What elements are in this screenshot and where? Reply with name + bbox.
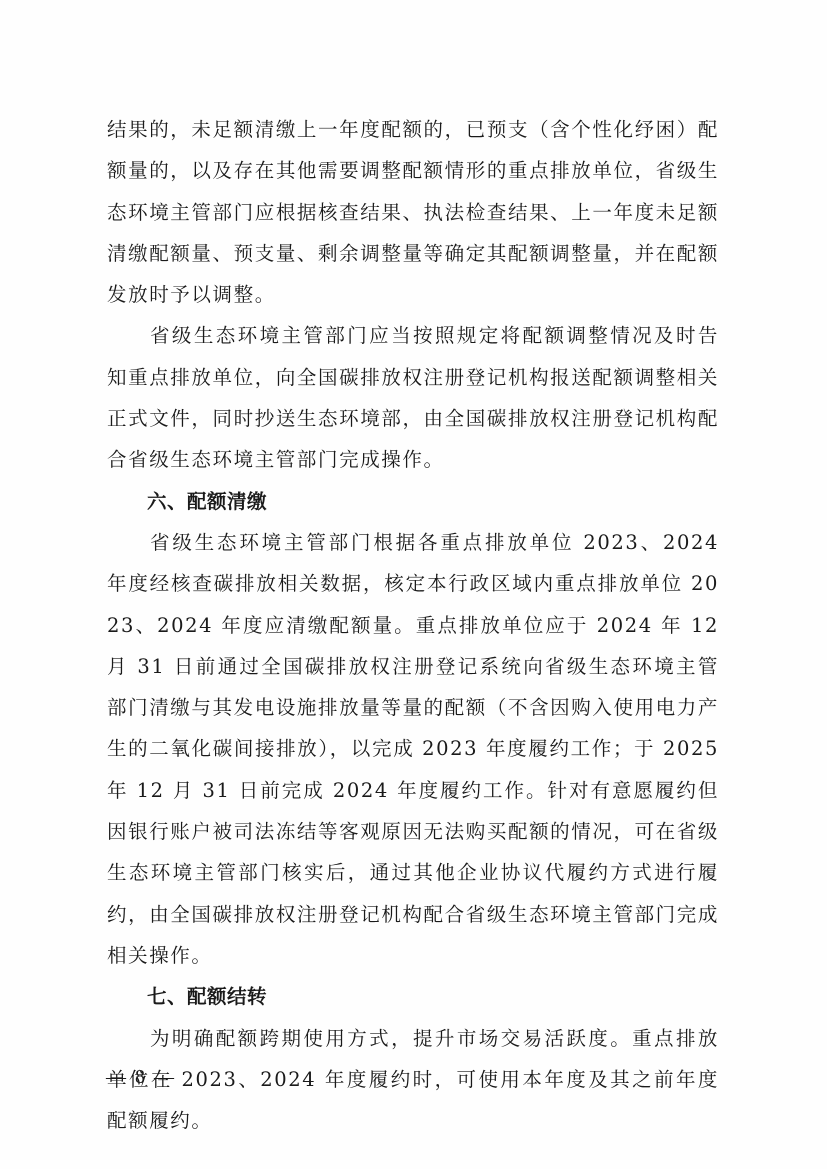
page-number: — 8 — [106, 1066, 176, 1089]
document-body: 结果的，未足额清缴上一年度配额的，已预支（含个性化纾困）配额量的，以及存在其他需… [107, 109, 719, 1141]
paragraph-allowance-surrender: 省级生态环境主管部门根据各重点排放单位 2023、2024 年度经核查碳排放相关… [107, 522, 719, 976]
paragraph-allowance-carryover: 为明确配额跨期使用方式，提升市场交易活跃度。重点排放单位在 2023、2024 … [107, 1018, 719, 1142]
document-page: 结果的，未足额清缴上一年度配额的，已预支（含个性化纾困）配额量的，以及存在其他需… [0, 0, 827, 1169]
paragraph-adjustment-notification: 省级生态环境主管部门应当按照规定将配额调整情况及时告知重点排放单位，向全国碳排放… [107, 315, 719, 480]
section-heading-allowance-surrender: 六、配额清缴 [107, 481, 719, 522]
paragraph-allowance-adjustment-continued: 结果的，未足额清缴上一年度配额的，已预支（含个性化纾困）配额量的，以及存在其他需… [107, 109, 719, 315]
section-heading-allowance-carryover: 七、配额结转 [107, 976, 719, 1017]
